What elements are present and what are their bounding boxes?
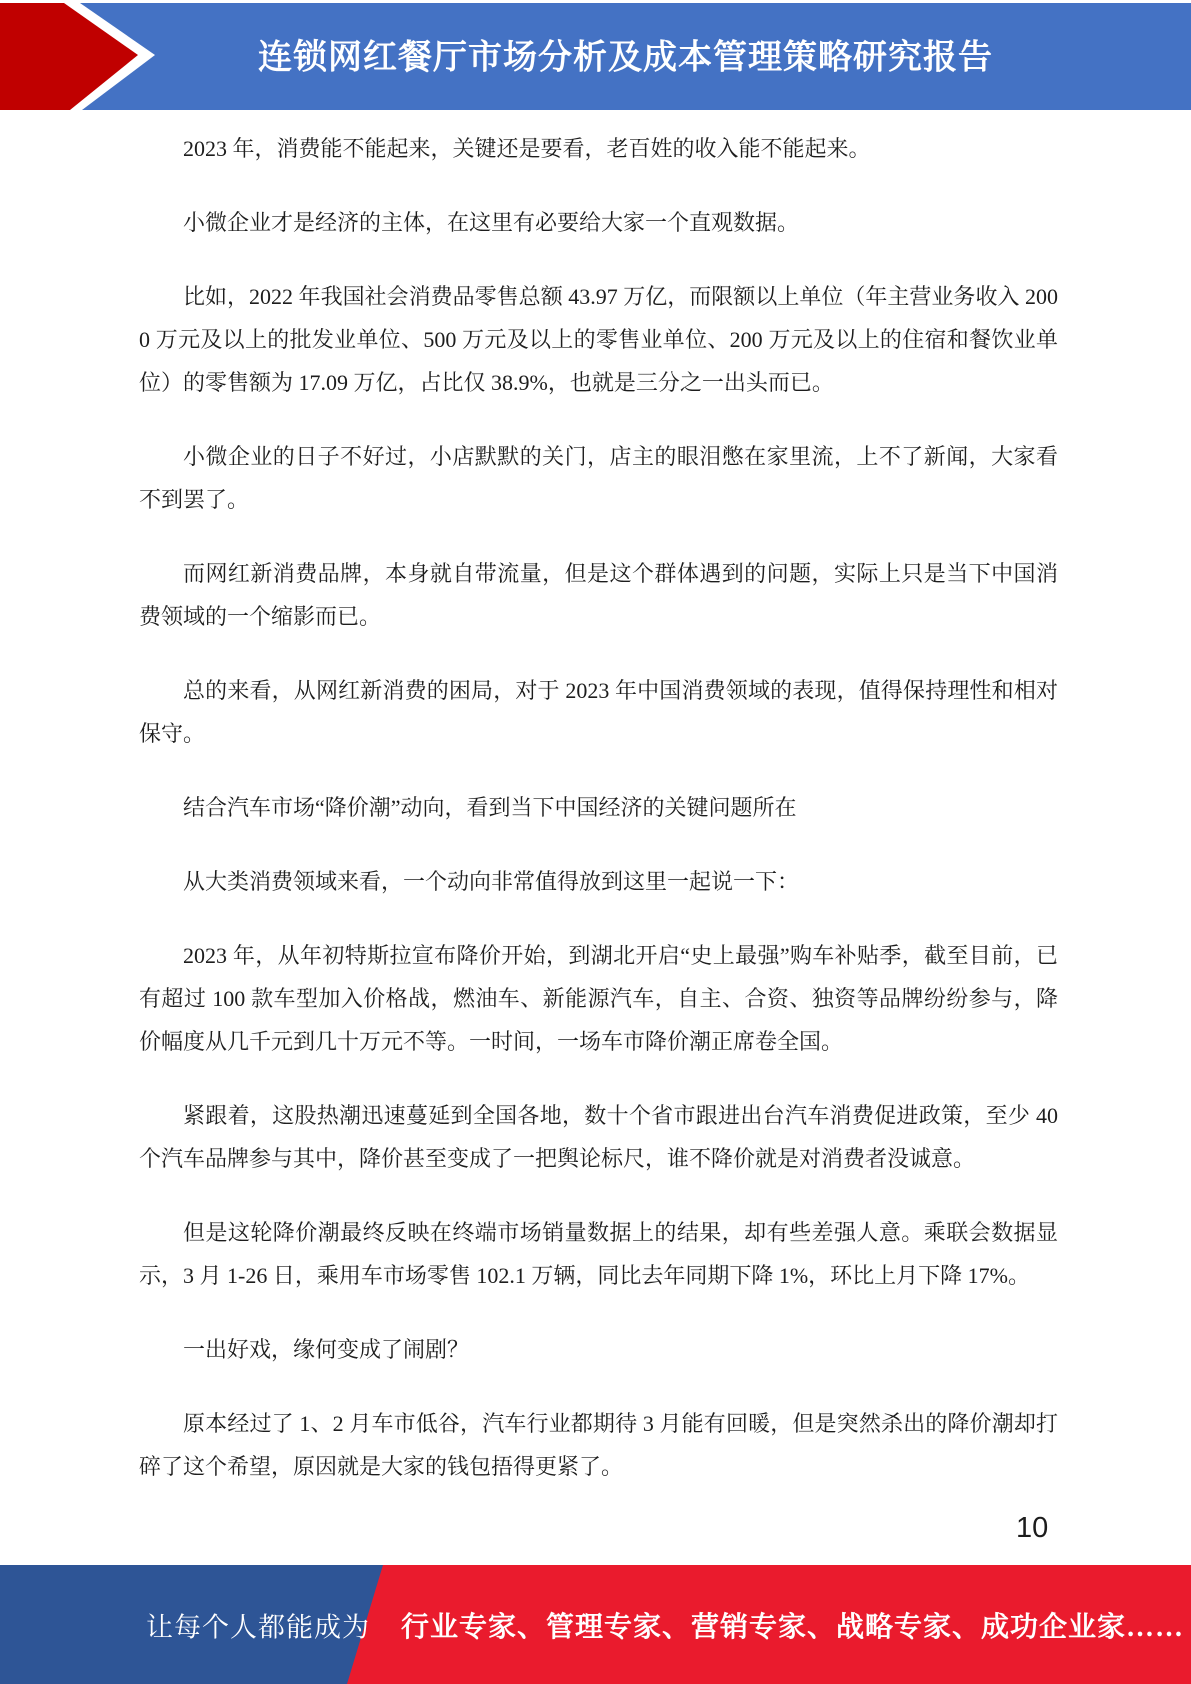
body-paragraph: 小微企业才是经济的主体，在这里有必要给大家一个直观数据。 — [139, 201, 1058, 244]
footer-slogan-left: 让每个人都能成为 — [146, 1605, 370, 1644]
page-number: 10 — [1016, 1512, 1076, 1545]
body-paragraph: 比如，2022 年我国社会消费品零售总额 43.97 万亿，而限额以上单位（年主… — [139, 275, 1058, 404]
body-paragraph: 一出好戏，缘何变成了闹剧？ — [139, 1328, 1058, 1371]
page-title: 连锁网红餐厅市场分析及成本管理策略研究报告 — [0, 29, 1191, 78]
footer-banner: 让每个人都能成为 行业专家、管理专家、营销专家、战略专家、成功企业家…… — [0, 1565, 1191, 1684]
body-paragraph: 2023 年，从年初特斯拉宣布降价开始，到湖北开启“史上最强”购车补贴季，截至目… — [139, 934, 1058, 1063]
body-paragraph: 原本经过了 1、2 月车市低谷，汽车行业都期待 3 月能有回暖，但是突然杀出的降… — [139, 1402, 1058, 1488]
body-paragraph: 结合汽车市场“降价潮”动向，看到当下中国经济的关键问题所在 — [139, 786, 1058, 829]
body-paragraph: 但是这轮降价潮最终反映在终端市场销量数据上的结果，却有些差强人意。乘联会数据显示… — [139, 1211, 1058, 1297]
body-paragraph: 2023 年，消费能不能起来，关键还是要看，老百姓的收入能不能起来。 — [139, 127, 1058, 170]
footer-slogan-right: 行业专家、管理专家、营销专家、战略专家、成功企业家…… — [401, 1605, 1184, 1645]
body-paragraph: 而网红新消费品牌，本身就自带流量，但是这个群体遇到的问题，实际上只是当下中国消费… — [139, 552, 1058, 638]
body-paragraph: 紧跟着，这股热潮迅速蔓延到全国各地，数十个省市跟进出台汽车消费促进政策，至少 4… — [139, 1094, 1058, 1180]
body-paragraph: 总的来看，从网红新消费的困局，对于 2023 年中国消费领域的表现，值得保持理性… — [139, 669, 1058, 755]
body-paragraph: 小微企业的日子不好过，小店默默的关门，店主的眼泪憋在家里流，上不了新闻，大家看不… — [139, 435, 1058, 521]
document-body: 2023 年，消费能不能起来，关键还是要看，老百姓的收入能不能起来。 小微企业才… — [139, 110, 1058, 1519]
document-page: 连锁网红餐厅市场分析及成本管理策略研究报告 2023 年，消费能不能起来，关键还… — [0, 0, 1191, 1684]
header-banner: 连锁网红餐厅市场分析及成本管理策略研究报告 — [0, 3, 1191, 110]
body-paragraph: 从大类消费领域来看，一个动向非常值得放到这里一起说一下： — [139, 860, 1058, 903]
